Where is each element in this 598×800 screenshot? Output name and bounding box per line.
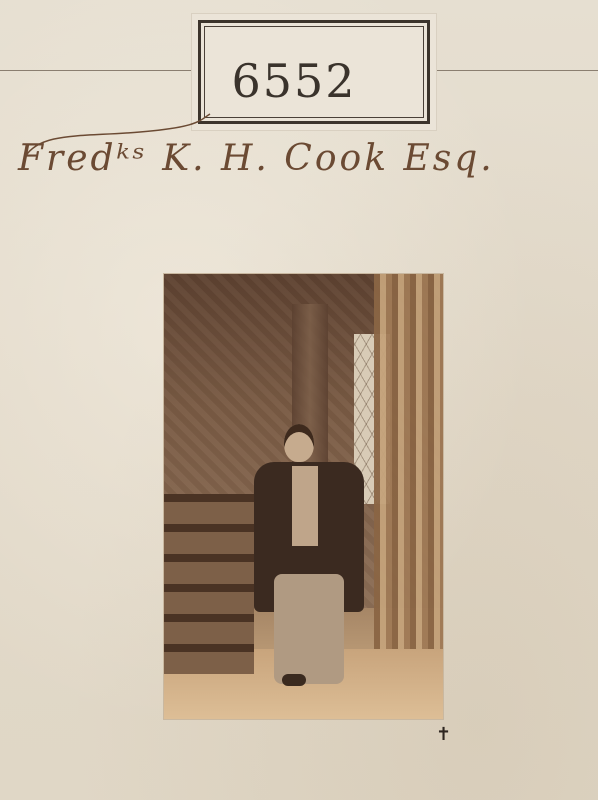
catalogue-number-label: 6552	[192, 14, 436, 130]
catalogue-number: 6552	[192, 54, 436, 108]
ruled-line-left	[0, 70, 192, 71]
sitter-trousers	[274, 574, 344, 684]
carte-de-visite-photograph	[164, 274, 443, 719]
sitter-head	[284, 424, 314, 462]
handwritten-inscription: Fredᵏˢ K. H. Cook Esq.	[18, 138, 593, 213]
carved-bookcase	[164, 494, 254, 674]
cross-mark: ✝	[436, 724, 451, 745]
drape-curtain	[374, 274, 443, 674]
ruled-line-right	[436, 70, 598, 71]
sitter-waistcoat	[292, 466, 318, 546]
sitter-shoe	[282, 674, 306, 686]
